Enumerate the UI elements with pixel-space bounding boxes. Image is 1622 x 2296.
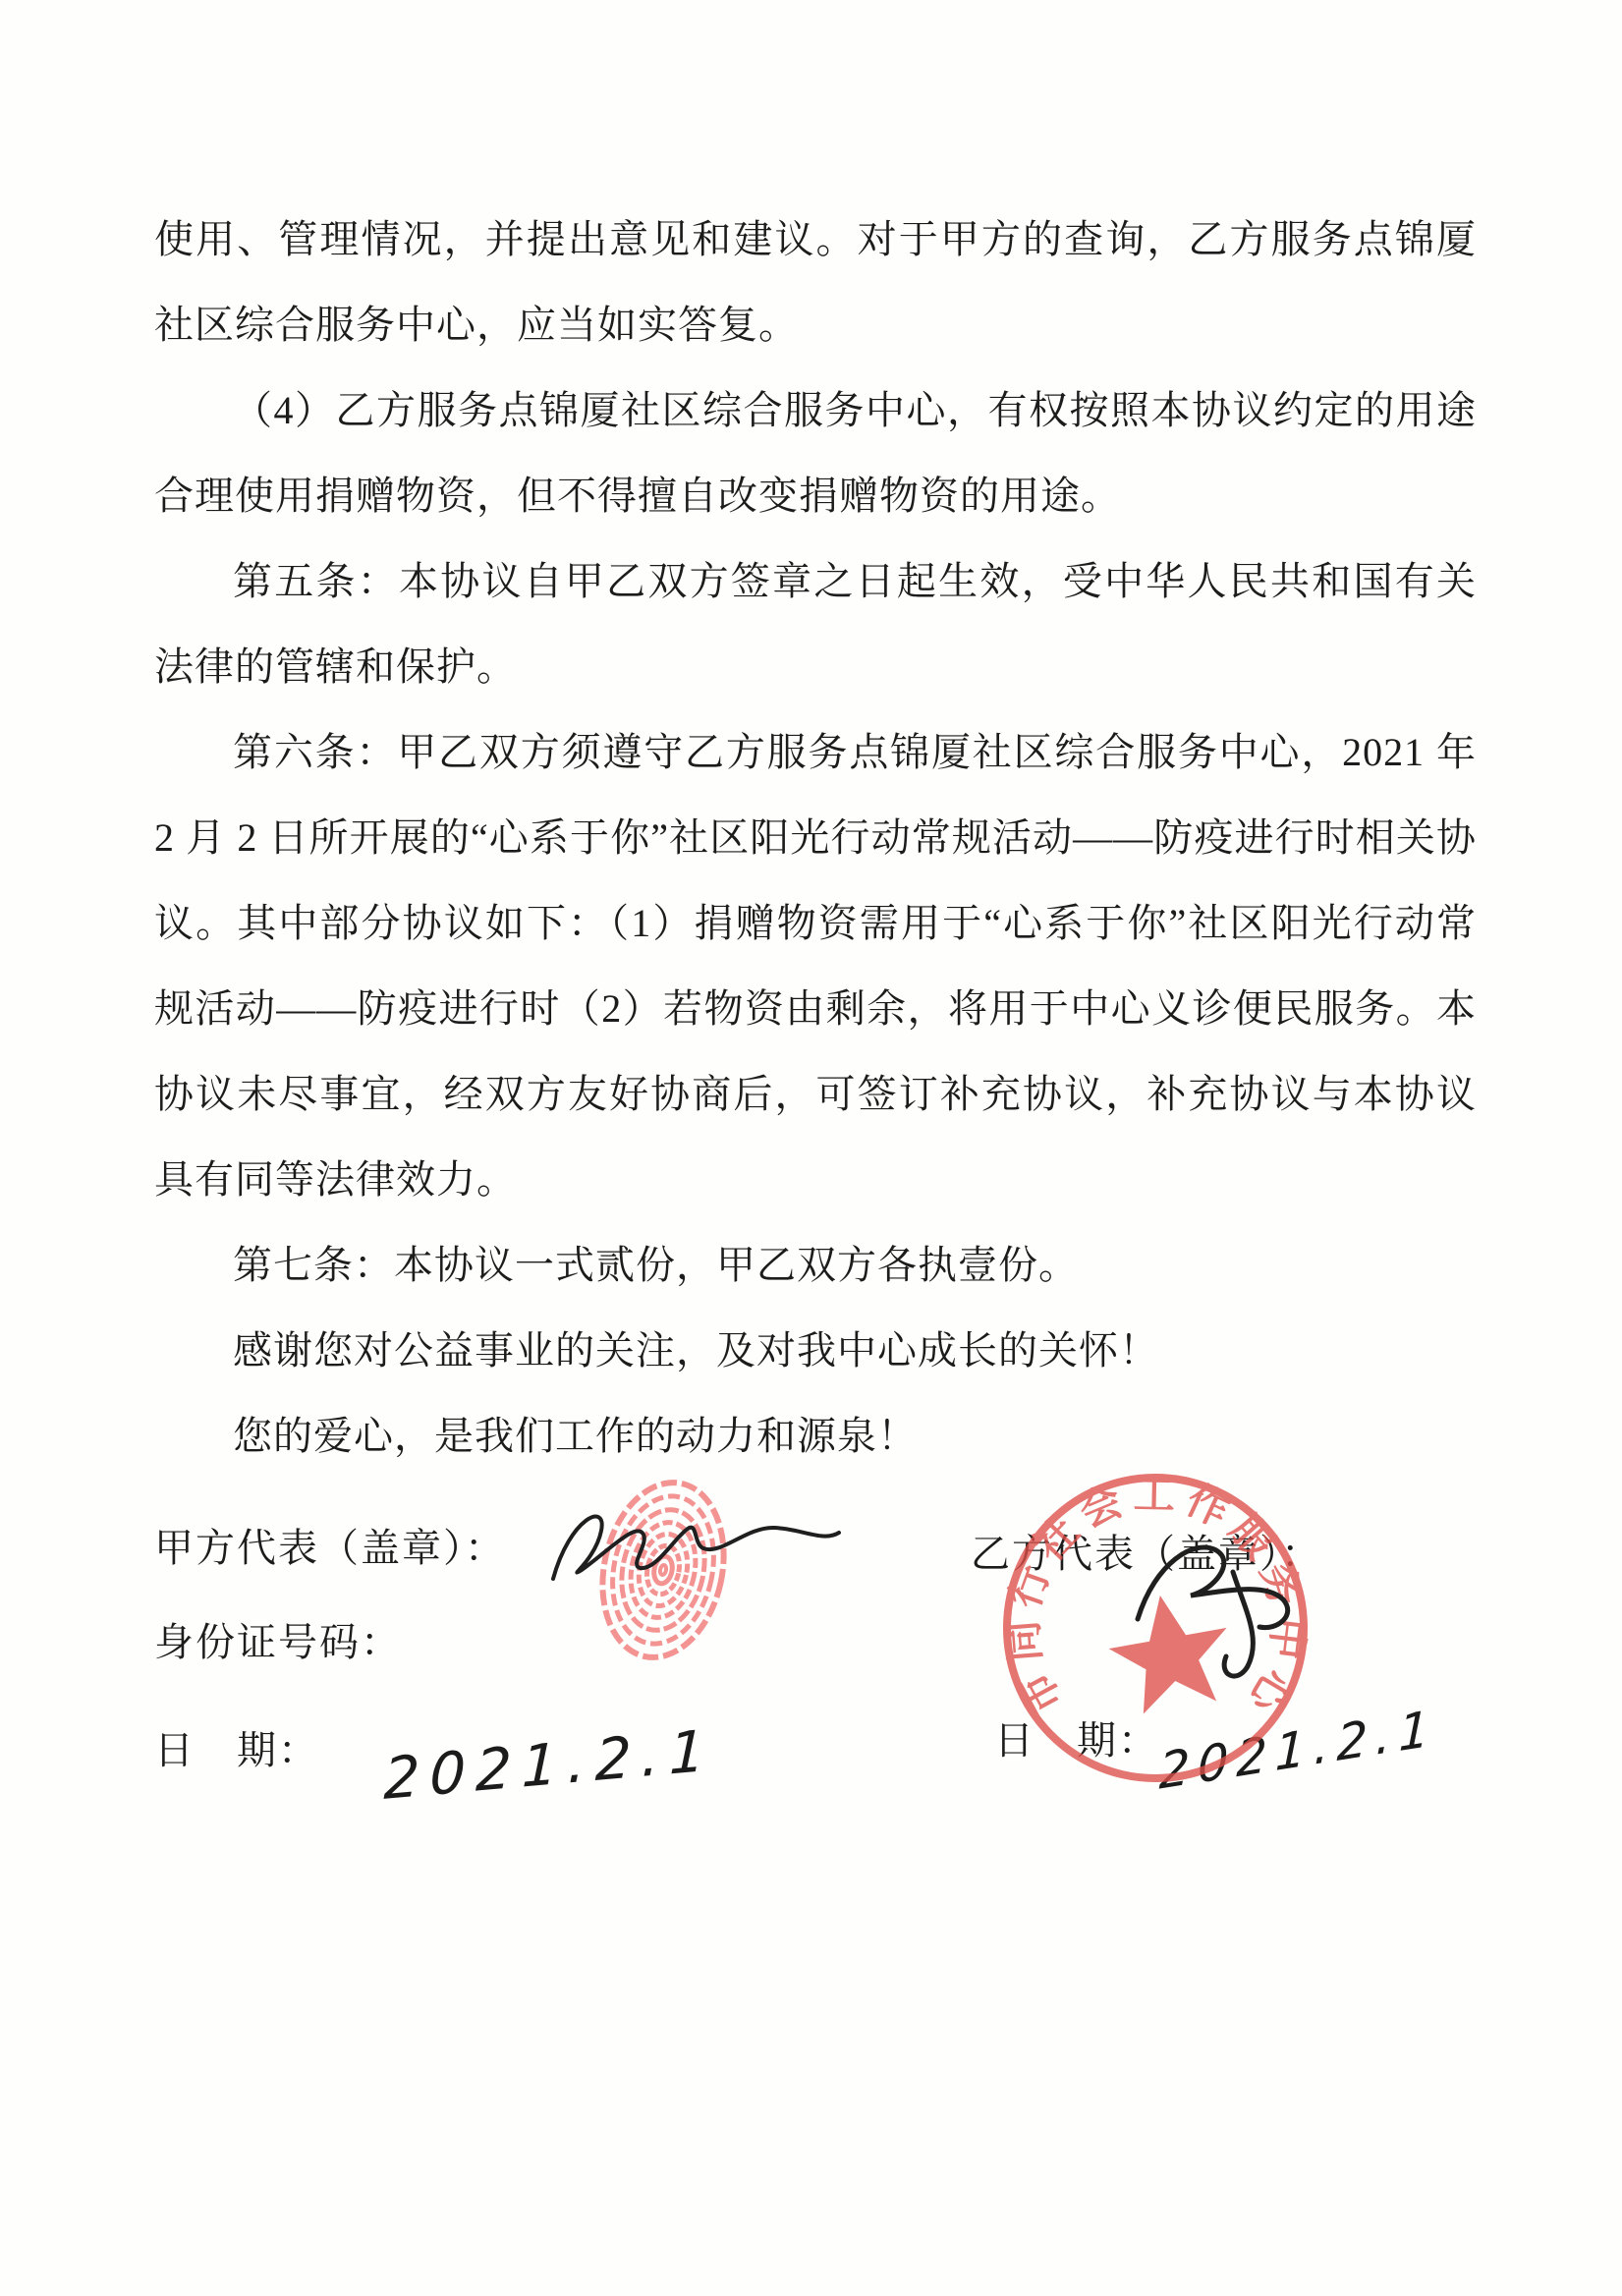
closing-line: 您的爱心，是我们工作的动力和源泉！ [154, 1393, 1477, 1479]
stamp-star-icon [1101, 1585, 1239, 1717]
date-label-party-b: 日 期： [994, 1717, 1159, 1764]
id-number-label: 身份证号码： [154, 1619, 402, 1666]
scanned-agreement-page: 使用、管理情况，并提出意见和建议。对于甲方的查询，乙方服务点锦厦社区综合服务中心… [0, 0, 1622, 2296]
thanks-line: 感谢您对公益事业的关注，及对我中心成长的关怀！ [154, 1308, 1477, 1393]
fingerprint-mark [587, 1471, 740, 1668]
stamp-arc-text: 市同行社会工作服务中心 [1001, 1473, 1312, 1726]
agreement-paragraph: （4）乙方服务点锦厦社区综合服务中心，有权按照本协议约定的用途合理使用捐赠物资，… [154, 367, 1477, 538]
date-label-party-a: 日 期： [154, 1727, 319, 1774]
party-a-date-handwritten: 2021.2.1 [383, 1716, 715, 1813]
agreement-clause-7: 第七条：本协议一式贰份，甲乙双方各执壹份。 [154, 1222, 1477, 1308]
party-a-representative-label: 甲方代表（盖章）： [154, 1525, 506, 1572]
party-b-date-handwritten: 2021.2.1 [1158, 1699, 1437, 1801]
agreement-body: 使用、管理情况，并提出意见和建议。对于甲方的查询，乙方服务点锦厦社区综合服务中心… [154, 196, 1477, 1479]
party-a-signature [553, 1517, 839, 1579]
agreement-clause-6: 第六条：甲乙双方须遵守乙方服务点锦厦社区综合服务中心，2021 年 2 月 2 … [154, 709, 1477, 1222]
agreement-paragraph: 使用、管理情况，并提出意见和建议。对于甲方的查询，乙方服务点锦厦社区综合服务中心… [154, 196, 1477, 367]
svg-text:市同行社会工作服务中心: 市同行社会工作服务中心 [1001, 1473, 1312, 1726]
party-b-representative-label: 乙方代表（盖章）： [971, 1531, 1322, 1578]
agreement-clause-5: 第五条：本协议自甲乙双方签章之日起生效，受中华人民共和国有关法律的管辖和保护。 [154, 538, 1477, 709]
